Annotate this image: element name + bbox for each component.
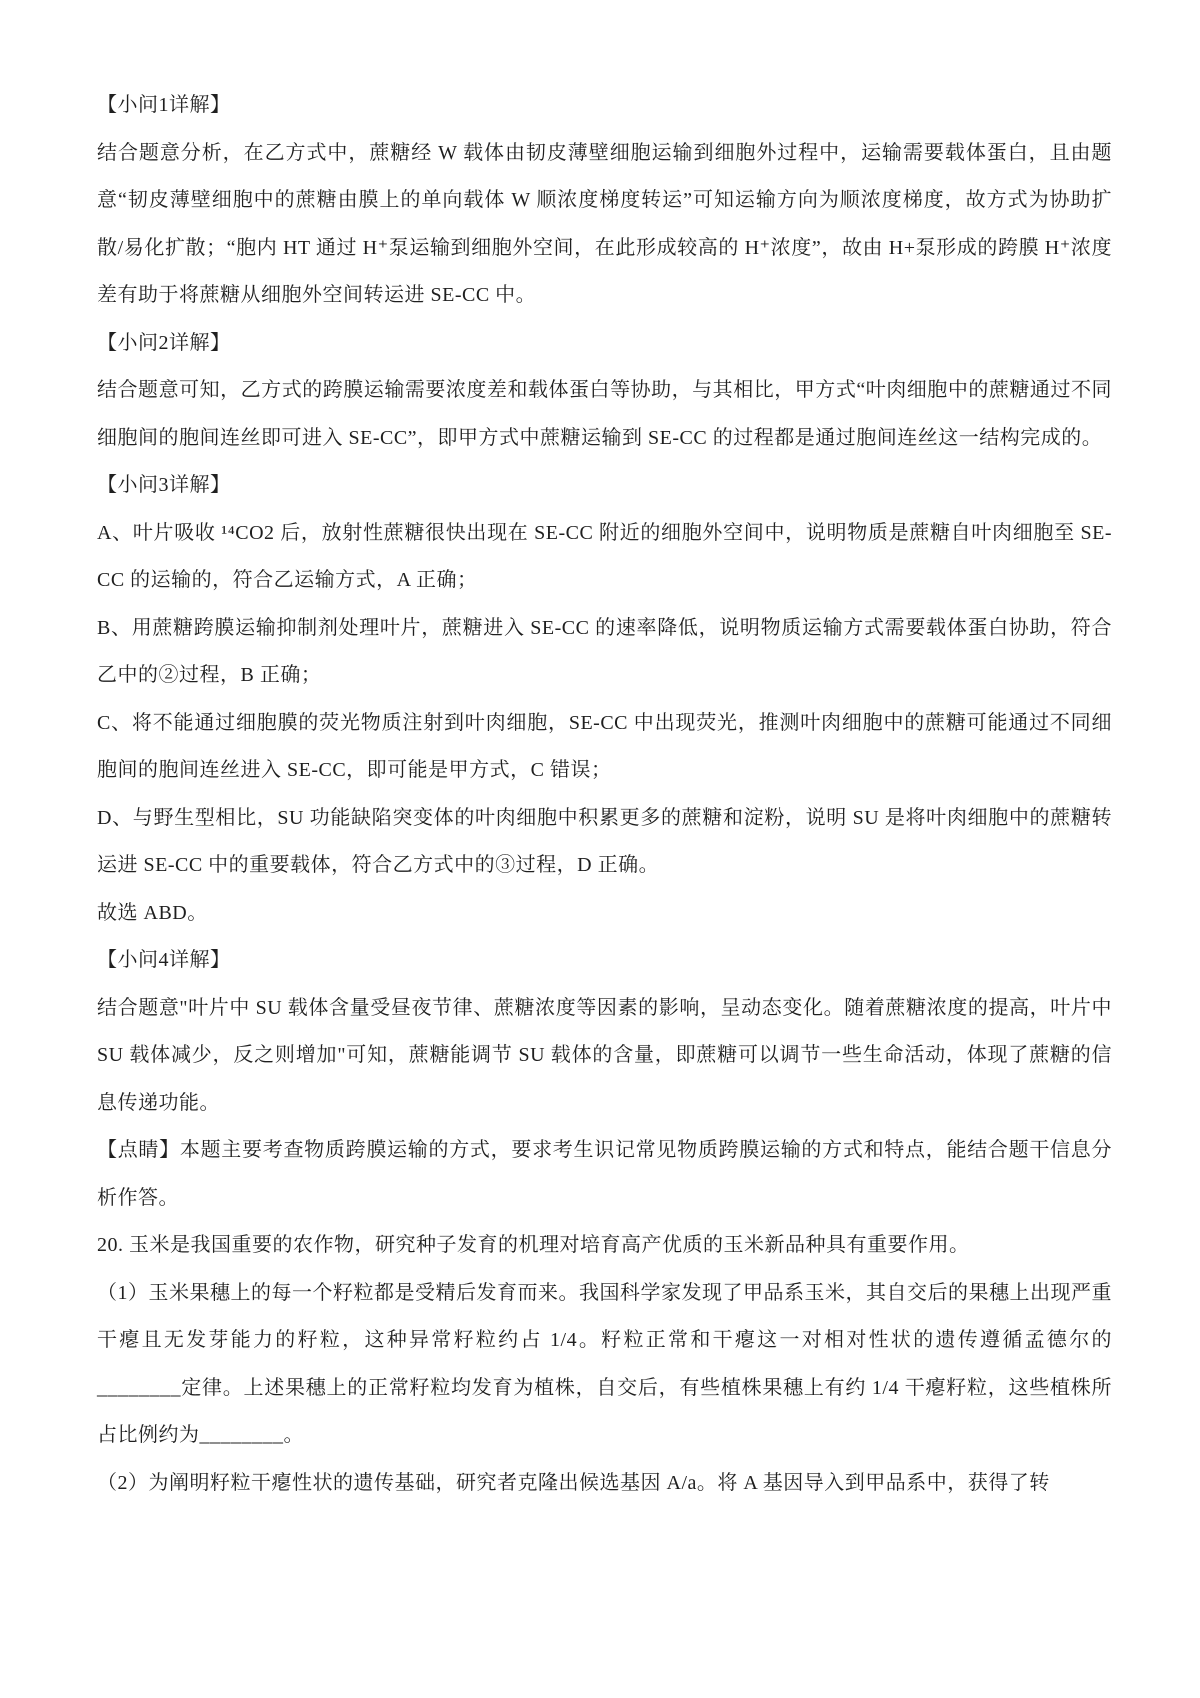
subquestion-4-explanation: 结合题意"叶片中 SU 载体含量受昼夜节律、蔗糖浓度等因素的影响，呈动态变化。随…: [97, 985, 1112, 1128]
option-d-analysis: D、与野生型相比，SU 功能缺陷突变体的叶肉细胞中积累更多的蔗糖和淀粉，说明 S…: [97, 795, 1112, 890]
subquestion-1-heading: 【小问1详解】: [97, 82, 1112, 130]
subquestion-1-explanation: 结合题意分析，在乙方式中，蔗糖经 W 载体由韧皮薄壁细胞运输到细胞外过程中，运输…: [97, 130, 1112, 320]
option-c-analysis: C、将不能通过细胞膜的荧光物质注射到叶肉细胞，SE-CC 中出现荧光，推测叶肉细…: [97, 700, 1112, 795]
answer-line: 故选 ABD。: [97, 890, 1112, 938]
question-20-part-2: （2）为阐明籽粒干瘪性状的遗传基础，研究者克隆出候选基因 A/a。将 A 基因导…: [97, 1460, 1112, 1508]
exam-answer-page: 【小问1详解】 结合题意分析，在乙方式中，蔗糖经 W 载体由韧皮薄壁细胞运输到细…: [0, 0, 1200, 1698]
option-b-analysis: B、用蔗糖跨膜运输抑制剂处理叶片，蔗糖进入 SE-CC 的速率降低，说明物质运输…: [97, 605, 1112, 700]
subquestion-2-heading: 【小问2详解】: [97, 320, 1112, 368]
subquestion-4-heading: 【小问4详解】: [97, 937, 1112, 985]
subquestion-2-explanation: 结合题意可知，乙方式的跨膜运输需要浓度差和载体蛋白等协助，与其相比，甲方式“叶肉…: [97, 367, 1112, 462]
key-point-note: 【点睛】本题主要考查物质跨膜运输的方式，要求考生识记常见物质跨膜运输的方式和特点…: [97, 1127, 1112, 1222]
question-20-stem: 20. 玉米是我国重要的农作物，研究种子发育的机理对培育高产优质的玉米新品种具有…: [97, 1222, 1112, 1270]
subquestion-3-heading: 【小问3详解】: [97, 462, 1112, 510]
question-20-part-1: （1）玉米果穗上的每一个籽粒都是受精后发育而来。我国科学家发现了甲品系玉米，其自…: [97, 1270, 1112, 1460]
option-a-analysis: A、叶片吸收 ¹⁴CO2 后，放射性蔗糖很快出现在 SE-CC 附近的细胞外空间…: [97, 510, 1112, 605]
